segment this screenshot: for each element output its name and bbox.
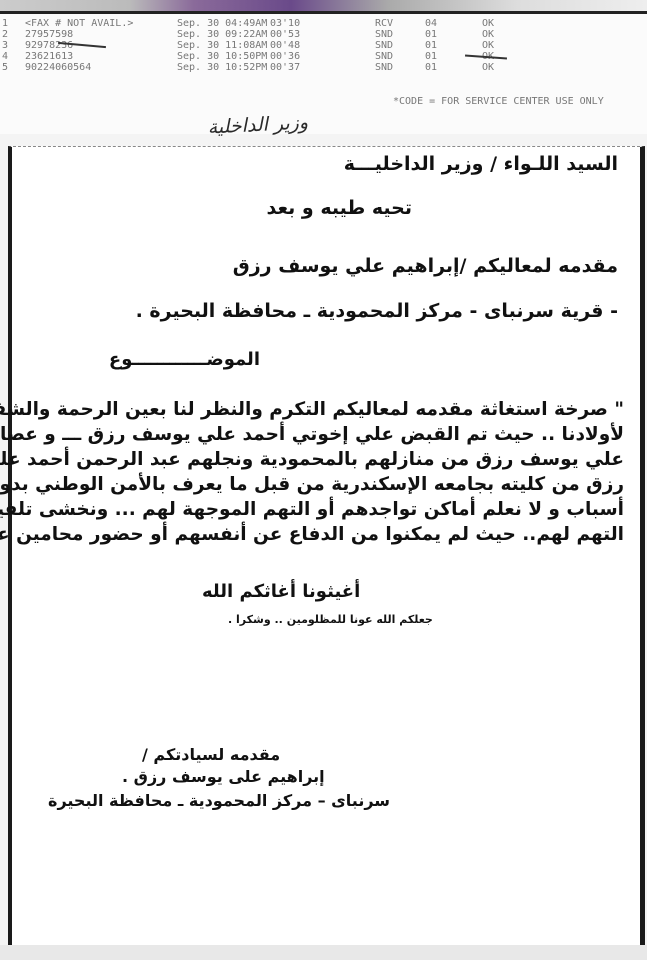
fax-row-duration: 00'36 (270, 51, 300, 62)
letter-body: " صرخة استغاثة مقدمه لمعاليكم التكرم وال… (12, 397, 624, 547)
fax-row-pages: 01 (425, 40, 437, 51)
fax-row: 5 90224060564 Sep. 30 10:52PM 00'37 SND … (0, 62, 647, 73)
fax-row-number: 23621613 (25, 51, 73, 62)
closing-thanks: جعلكم الله عونا للمظلومين .. وشكرا . (228, 613, 433, 626)
fax-row: 4 23621613 Sep. 30 10:50PM 00'36 SND 01 … (0, 51, 647, 62)
closing-plea: أغيثونا أغاثكم الله (202, 581, 360, 602)
subject-heading: الموضــــــــــــوع (109, 349, 260, 370)
fax-row-index: 5 (2, 62, 8, 73)
signature-intro: مقدمه لسيادتكم / (142, 745, 280, 764)
fax-row-mode: SND (375, 29, 393, 40)
fax-row-duration: 00'53 (270, 29, 300, 40)
fax-row: 2 27957598 Sep. 30 09:22AM 00'53 SND 01 … (0, 29, 647, 40)
addressee: السيد اللـواء / وزير الداخليـــة (344, 153, 618, 175)
body-line: رزق من كليته بجامعه الإسكندرية من قبل ما… (12, 472, 624, 497)
fax-footnote: *CODE = FOR SERVICE CENTER USE ONLY (393, 96, 604, 107)
fax-row-result: OK (482, 18, 494, 29)
fax-row-result: OK (482, 62, 494, 73)
fax-row-number: 90224060564 (25, 62, 91, 73)
fax-row-duration: 00'48 (270, 40, 300, 51)
body-line: " صرخة استغاثة مقدمه لمعاليكم التكرم وال… (12, 397, 624, 422)
fax-row-result: OK (482, 29, 494, 40)
fax-row-number: 27957598 (25, 29, 73, 40)
fax-row-date: Sep. 30 04:49AM (177, 18, 267, 29)
fax-row-index: 2 (2, 29, 8, 40)
fax-row-date: Sep. 30 11:08AM (177, 40, 267, 51)
fax-row-mode: SND (375, 40, 393, 51)
sender-address-line: - قرية سرنباى - مركز المحمودية ـ محافظة … (136, 300, 618, 322)
scan-bottom-edge (0, 945, 647, 960)
signature-name: إبراهيم على يوسف رزق . (122, 767, 325, 786)
fax-row-index: 4 (2, 51, 8, 62)
fax-row-duration: 00'37 (270, 62, 300, 73)
fax-transmission-report: 1 <FAX # NOT AVAIL.> Sep. 30 04:49AM 03'… (0, 14, 647, 134)
fax-row-pages: 01 (425, 51, 437, 62)
fax-row-date: Sep. 30 10:52PM (177, 62, 267, 73)
greeting: تحيه طيبه و بعد (266, 197, 412, 219)
body-line: أسباب و لا نعلم أماكن تواجدهم أو التهم ا… (12, 497, 624, 522)
fax-row-mode: SND (375, 62, 393, 73)
fax-row-number: <FAX # NOT AVAIL.> (25, 18, 133, 29)
scan-top-edge (0, 0, 647, 14)
fax-row-result: OK (482, 40, 494, 51)
fax-row: 1 <FAX # NOT AVAIL.> Sep. 30 04:49AM 03'… (0, 18, 647, 29)
fax-row-mode: SND (375, 51, 393, 62)
body-line: لأولادنا .. حيث تم القبض علي إخوتي أحمد … (12, 422, 624, 447)
fax-row-pages: 04 (425, 18, 437, 29)
handwritten-note: وزير الداخلية (177, 110, 338, 148)
fax-row-pages: 01 (425, 29, 437, 40)
fax-row-index: 3 (2, 40, 8, 51)
fax-row-mode: RCV (375, 18, 393, 29)
fax-row-date: Sep. 30 10:50PM (177, 51, 267, 62)
fax-row-pages: 01 (425, 62, 437, 73)
body-line: علي يوسف رزق من منازلهم بالمحمودية ونجله… (12, 447, 624, 472)
fax-row-duration: 03'10 (270, 18, 300, 29)
body-line: التهم لهم.. حيث لم يمكنوا من الدفاع عن أ… (12, 522, 624, 547)
fax-row-index: 1 (2, 18, 8, 29)
fax-row-date: Sep. 30 09:22AM (177, 29, 267, 40)
letter-page: السيد اللـواء / وزير الداخليـــة تحيه طي… (8, 146, 645, 951)
signature-address: سرنباى – مركز المحمودية ـ محافظة البحيرة (48, 791, 390, 810)
sender-name-line: مقدمه لمعاليكم /إبراهيم علي يوسف رزق (233, 255, 618, 277)
